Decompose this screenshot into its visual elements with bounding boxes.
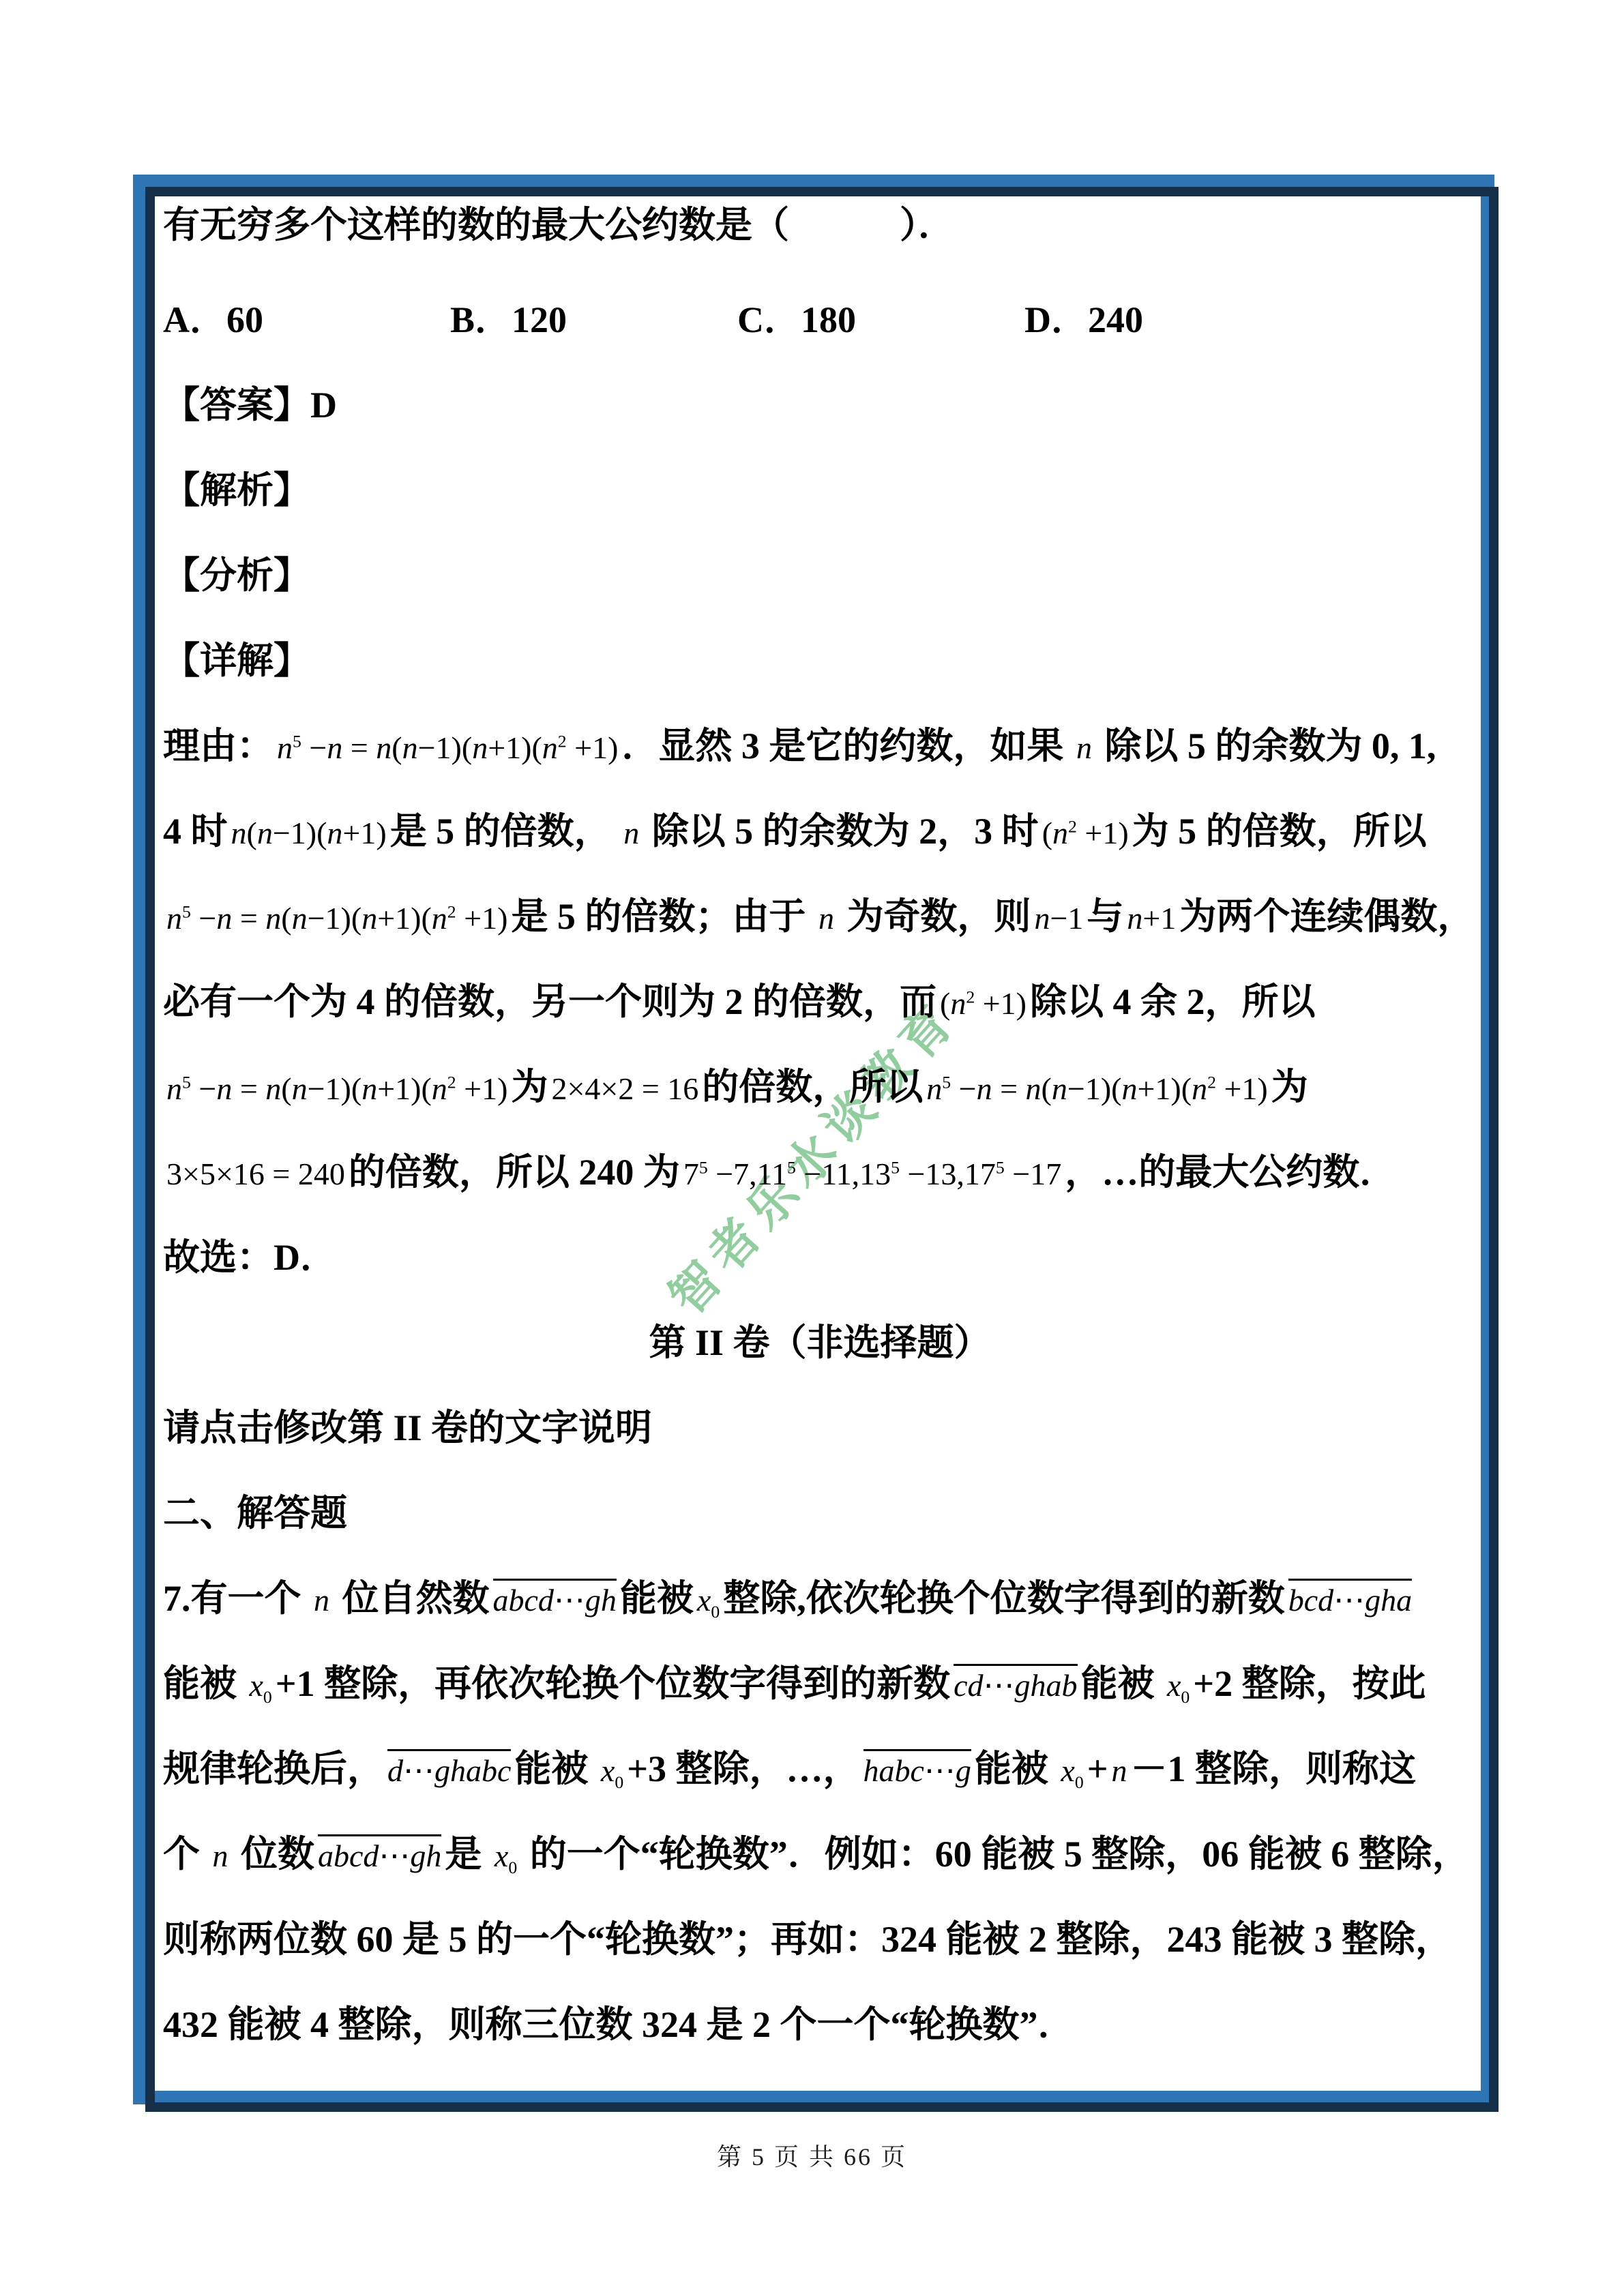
text-run: ，…的最大公约数．: [1065, 1152, 1396, 1193]
document-line: 则称两位数 60 是 5 的一个“轮换数”；再如：324 能被 2 整除，243…: [163, 1897, 1477, 1982]
text-run: 是: [445, 1834, 491, 1875]
text-run: －1 整除，则称这: [1131, 1748, 1417, 1789]
text-run: 【分析】: [163, 555, 310, 596]
text-run: 位数: [232, 1834, 315, 1875]
text-run: 能被: [975, 1748, 1058, 1789]
text-run: 故选：D．: [163, 1237, 337, 1278]
text-run: 有无穷多个这样的数的最大公约数是（ ）．: [163, 205, 955, 245]
text-run: 除以 4 余 2，所以: [1030, 981, 1316, 1022]
document-line: 7.有一个 n 位自然数abcd⋯gh能被x0整除,依次轮换个位数字得到的新数b…: [163, 1556, 1477, 1641]
document-line: 必有一个为 4 的倍数，另一个则为 2 的倍数，而(n2 +1)除以 4 余 2…: [163, 959, 1477, 1045]
document-line: 理由：n5 −n = n(n−1)(n+1)(n2 +1)．显然 3 是它的约数…: [163, 704, 1477, 789]
text-run: n5 −n = n(n−1)(n+1)(n2 +1): [277, 730, 618, 765]
text-run: n: [1112, 1753, 1127, 1788]
text-run: 的倍数，所以: [702, 1067, 923, 1107]
text-run: 整除,依次轮换个位数字得到的新数: [723, 1578, 1285, 1619]
document-line: 3×5×16 = 240的倍数，所以 240 为75 −7,115 −11,13…: [163, 1130, 1477, 1215]
text-run: 第 II 卷（非选择题）: [649, 1322, 990, 1363]
text-run: 为奇数，则: [838, 896, 1031, 937]
text-run: 则称两位数 60 是 5 的一个“轮换数”；再如：324 能被 2 整除，243…: [163, 1919, 1452, 1960]
text-run: +1 整除，再依次轮换个位数字得到的新数: [276, 1663, 950, 1704]
text-run: 是 5 的倍数；由于: [511, 896, 815, 937]
text-run: 7.有一个: [163, 1578, 310, 1619]
text-run: ．显然 3 是它的约数，如果: [621, 726, 1073, 766]
document-body: 有无穷多个这样的数的最大公约数是（ ）．A．60B．120C．180D．240【…: [163, 183, 1477, 2068]
text-run: x0: [494, 1838, 517, 1873]
text-run: 的一个“轮换数”．例如：60 能被 5 整除，06 能被 6 整除，: [520, 1834, 1469, 1875]
document-line: 第 II 卷（非选择题）: [163, 1300, 1477, 1386]
text-run: 4 时: [163, 811, 228, 852]
text-run: 能被: [620, 1578, 694, 1619]
text-run: 能被: [163, 1663, 246, 1704]
option-C: C．180: [737, 278, 1024, 363]
text-run: 除以 5 的余数为 0, 1,: [1095, 726, 1436, 766]
text-run: n: [314, 1583, 329, 1617]
document-line: 有无穷多个这样的数的最大公约数是（ ）．: [163, 183, 1477, 268]
document-line: 【分析】: [163, 533, 1477, 618]
text-run: 为: [511, 1067, 548, 1107]
text-run: 2×4×2 = 16: [551, 1071, 698, 1106]
document-line: 【解析】: [163, 448, 1477, 533]
text-run: 【解析】: [163, 470, 310, 511]
text-run: n+1: [1127, 901, 1176, 936]
text-run: 【详解】: [163, 640, 310, 681]
text-run: 是 5 的倍数，: [390, 811, 621, 852]
text-run: 必有一个为 4 的倍数，另一个则为 2 的倍数，而: [163, 981, 936, 1022]
text-run: 为两个连续偶数，: [1179, 896, 1474, 937]
text-run: n: [818, 901, 834, 936]
document-line: 能被 x0+1 整除，再依次轮换个位数字得到的新数cd⋯ghab能被 x0+2 …: [163, 1641, 1477, 1727]
text-run: 【答案】D: [163, 385, 337, 426]
text-run: 3×5×16 = 240: [166, 1157, 345, 1191]
option-A: A．60: [163, 278, 450, 363]
text-run: x0: [1167, 1668, 1190, 1703]
text-run: 为: [1271, 1067, 1308, 1107]
document-line: 个 n 位数abcd⋯gh是 x0 的一个“轮换数”．例如：60 能被 5 整除…: [163, 1812, 1477, 1897]
text-run: 请点击修改第 II 卷的文字说明: [163, 1407, 652, 1448]
text-run: n5 −n = n(n−1)(n+1)(n2 +1): [166, 901, 507, 936]
text-run: abcd⋯gh: [318, 1838, 441, 1873]
text-run: bcd⋯gha: [1288, 1583, 1412, 1617]
document-line: n5 −n = n(n−1)(n+1)(n2 +1)是 5 的倍数；由于 n 为…: [163, 874, 1477, 959]
text-run: 能被: [1081, 1663, 1164, 1704]
text-run: 为 5 的倍数，所以: [1132, 811, 1427, 852]
text-run: n: [623, 816, 639, 850]
text-run: x0: [1061, 1753, 1083, 1788]
options-row: A．60B．120C．180D．240: [163, 278, 1477, 363]
document-line: 4 时n(n−1)(n+1)是 5 的倍数， n 除以 5 的余数为 2，3 时…: [163, 789, 1477, 874]
text-run: n5 −n = n(n−1)(n+1)(n2 +1): [926, 1071, 1267, 1106]
text-run: 的倍数，所以 240 为: [349, 1152, 680, 1193]
document-line: 【详解】: [163, 618, 1477, 704]
text-run: d⋯ghabc: [387, 1753, 511, 1788]
text-run: 75 −7,115 −11,135 −13,175 −17: [683, 1157, 1061, 1191]
text-run: x0: [601, 1753, 623, 1788]
text-run: x0: [250, 1668, 272, 1703]
text-run: n: [1076, 730, 1092, 765]
text-run: (n2 +1): [1042, 816, 1129, 850]
document-line: 【答案】D: [163, 363, 1477, 448]
text-run: 能被: [514, 1748, 597, 1789]
text-run: 位自然数: [333, 1578, 490, 1619]
document-line: 故选：D．: [163, 1215, 1477, 1300]
text-run: abcd⋯gh: [493, 1583, 617, 1617]
document-line: 432 能被 4 整除，则称三位数 324 是 2 个一个“轮换数”．: [163, 1982, 1477, 2068]
document-page: { "page": { "footer": "第 5 页 共 66 页", "w…: [0, 0, 1624, 2296]
document-line: 请点击修改第 II 卷的文字说明: [163, 1386, 1477, 1471]
text-run: 个: [163, 1834, 209, 1875]
text-run: habc⋯g: [863, 1753, 971, 1788]
option-D: D．240: [1024, 278, 1312, 363]
text-run: 与: [1087, 896, 1123, 937]
document-line: 二、解答题: [163, 1471, 1477, 1556]
page-number-footer: 第 5 页 共 66 页: [0, 2138, 1624, 2173]
text-run: n(n−1)(n+1): [231, 816, 387, 850]
text-run: x0: [697, 1583, 720, 1617]
text-run: cd⋯ghab: [954, 1668, 1077, 1703]
text-run: 除以 5 的余数为 2，3 时: [643, 811, 1039, 852]
text-run: 规律轮换后，: [163, 1748, 384, 1789]
document-line: 规律轮换后，d⋯ghabc能被 x0+3 整除，…，habc⋯g能被 x0+n－…: [163, 1727, 1477, 1812]
document-line: n5 −n = n(n−1)(n+1)(n2 +1)为2×4×2 = 16的倍数…: [163, 1045, 1477, 1130]
text-run: 432 能被 4 整除，则称三位数 324 是 2 个一个“轮换数”．: [163, 2004, 1075, 2045]
option-B: B．120: [450, 278, 737, 363]
text-run: (n2 +1): [940, 986, 1027, 1021]
text-run: +: [1087, 1748, 1108, 1789]
text-run: +2 整除，按此: [1193, 1663, 1426, 1704]
text-run: n: [213, 1838, 228, 1873]
text-run: 理由：: [163, 726, 274, 766]
text-run: 二、解答题: [163, 1493, 347, 1534]
text-run: n−1: [1034, 901, 1083, 936]
text-run: +3 整除，…，: [627, 1748, 859, 1789]
text-run: n5 −n = n(n−1)(n+1)(n2 +1): [166, 1071, 507, 1106]
